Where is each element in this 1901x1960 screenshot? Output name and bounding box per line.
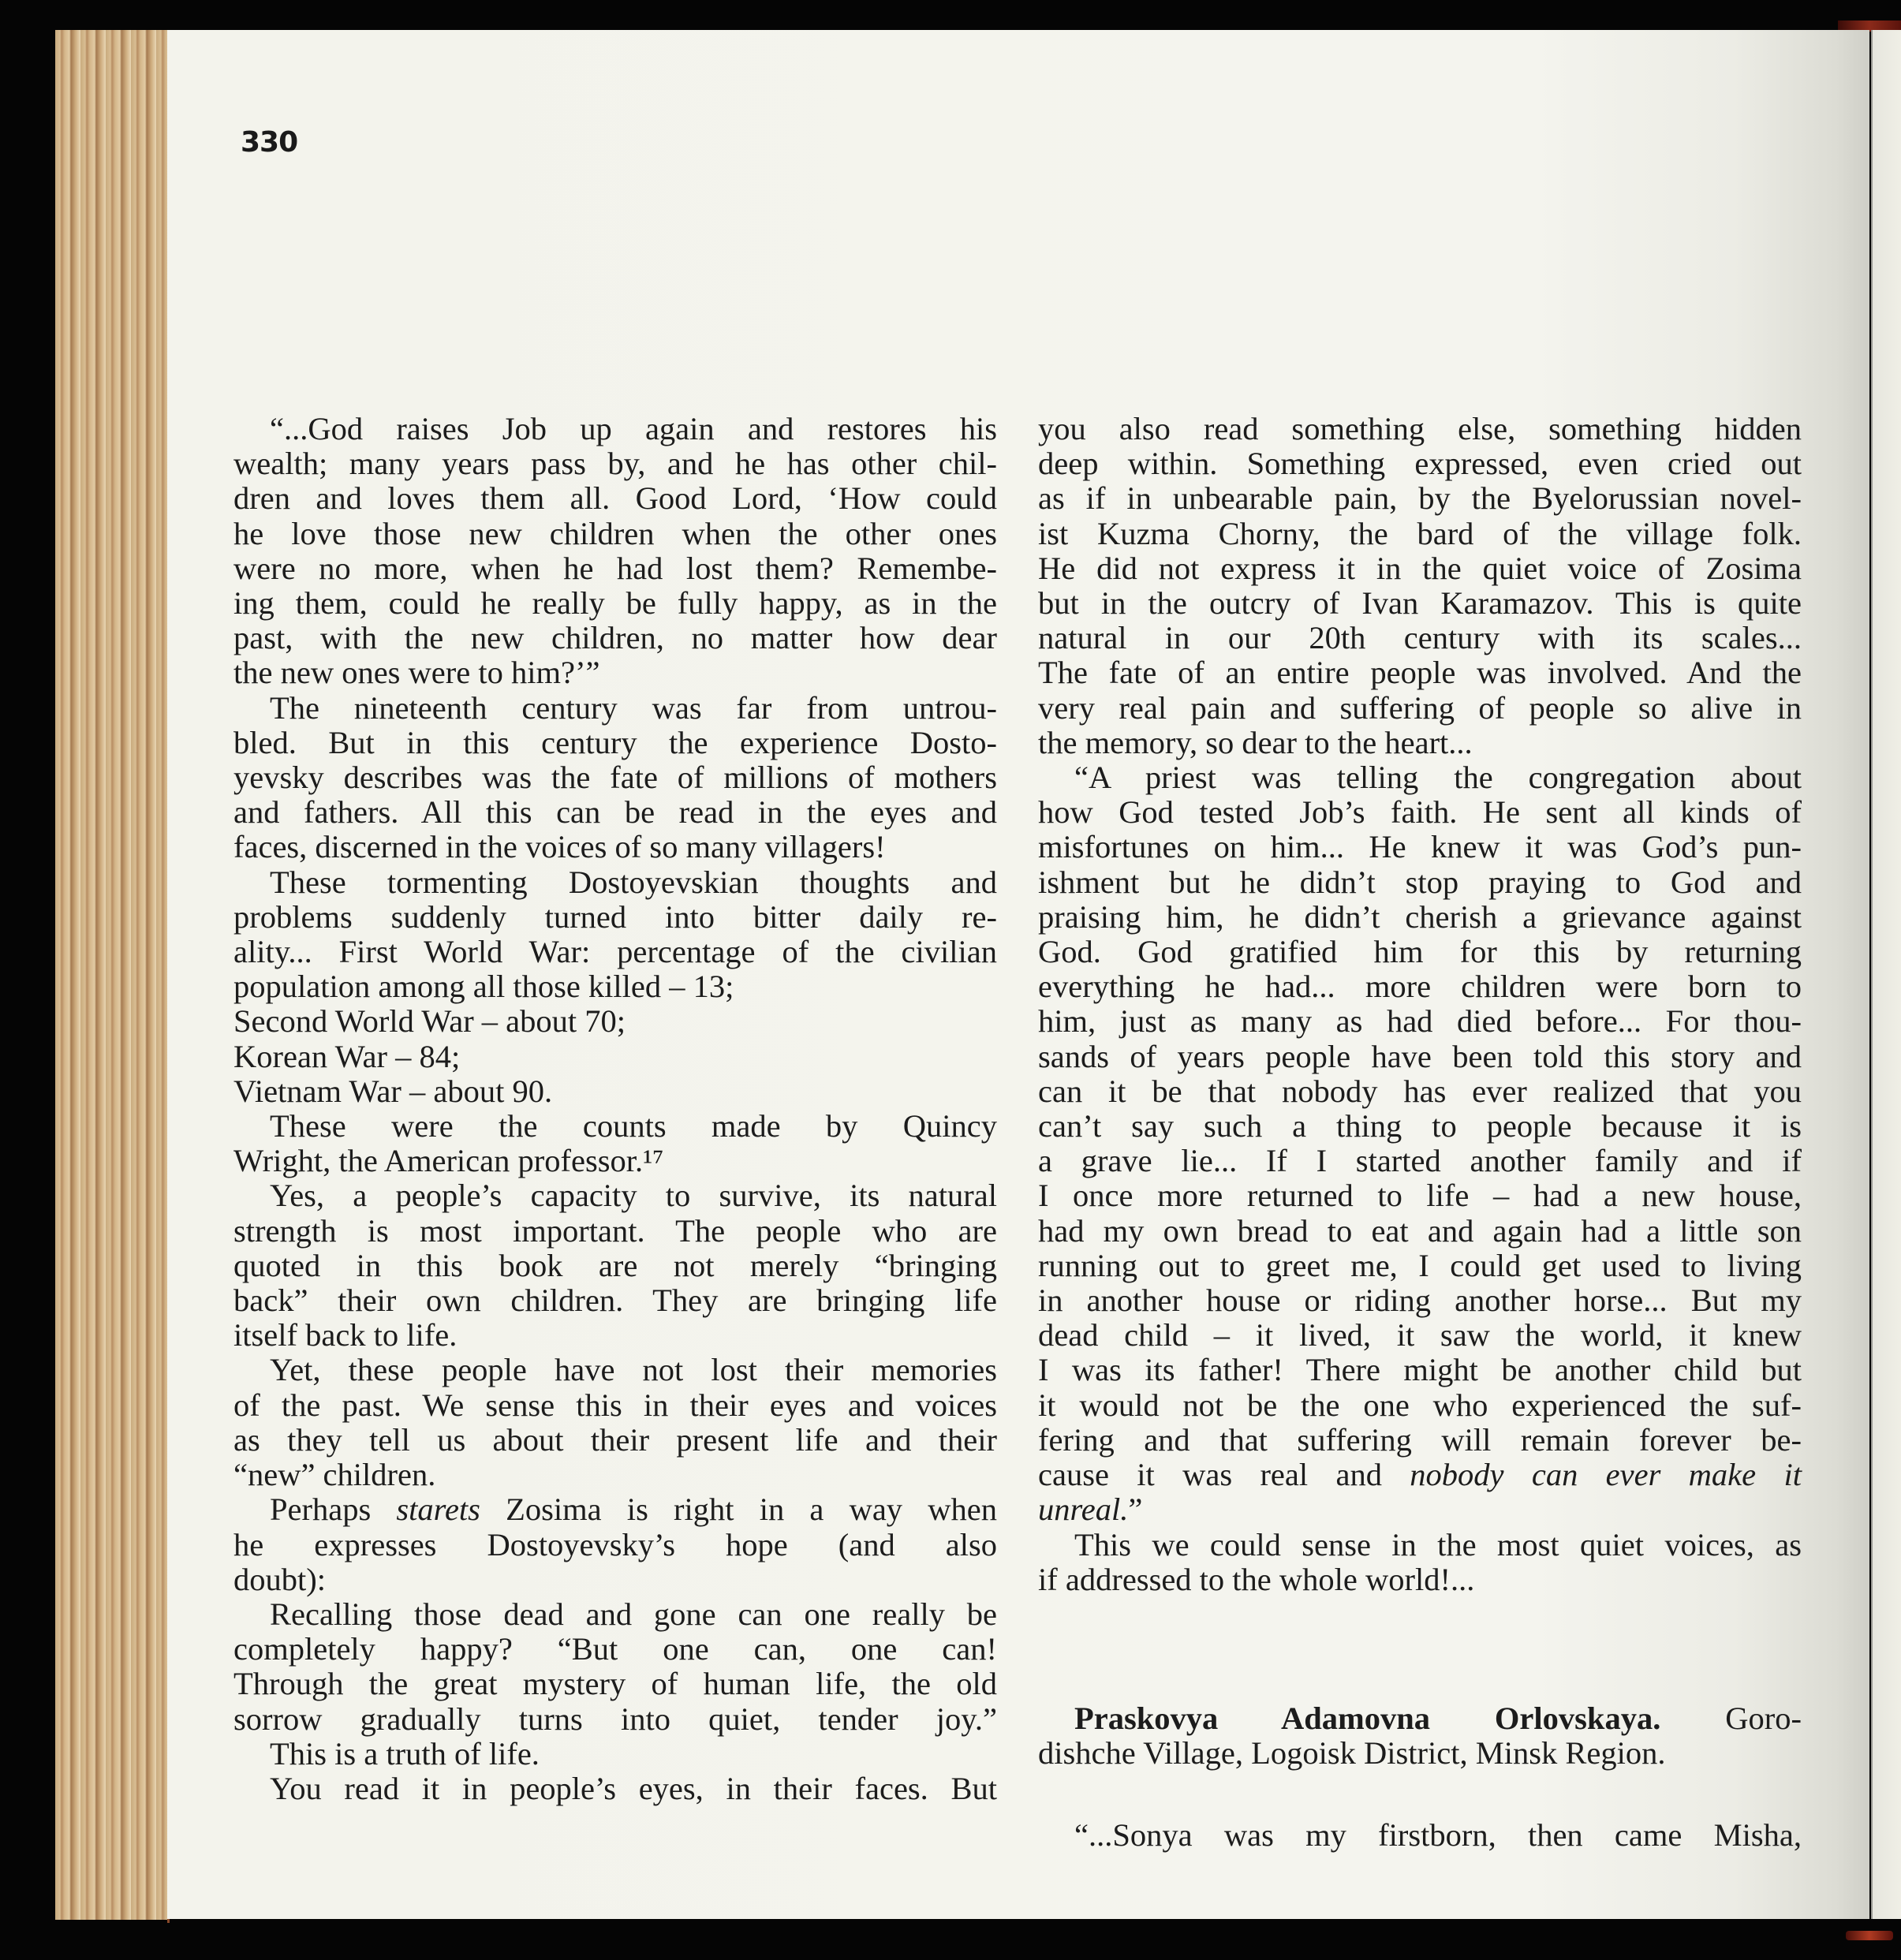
- place-part1: Goro-: [1660, 1701, 1802, 1736]
- text-line: a grave lie... If I started another fami…: [1038, 1144, 1802, 1178]
- text-line: can’t say such a thing to people because…: [1038, 1109, 1802, 1144]
- text-line: sands of years people have been told thi…: [1038, 1040, 1802, 1074]
- text-line: ing them, could he really be fully happy…: [233, 586, 997, 621]
- text-line: ishment but he didn’t stop praying to Go…: [1038, 865, 1802, 900]
- text-line: were no more, when he had lost them? Rem…: [233, 551, 997, 586]
- text-line: how God tested Job’s faith. He sent all …: [1038, 795, 1802, 830]
- italic-term: starets: [396, 1491, 480, 1527]
- text-line: if addressed to the whole world!...: [1038, 1562, 1802, 1597]
- italic-emphasis: unreal.: [1038, 1491, 1128, 1527]
- text-line: can it be that nobody has ever realized …: [1038, 1074, 1802, 1109]
- text-line: I was its father! There might be another…: [1038, 1353, 1802, 1387]
- text-line: Wright, the American professor.¹⁷: [233, 1144, 997, 1178]
- text-line: strength is most important. The people w…: [233, 1214, 997, 1249]
- facing-page-edge: [1871, 30, 1901, 1919]
- text-line: wealth; many years pass by, and he has o…: [233, 446, 997, 481]
- text-line: very real pain and suffering of people s…: [1038, 691, 1802, 726]
- quote-start: “...Sonya was my firstborn, then came Mi…: [1038, 1818, 1802, 1853]
- text-line: he expresses Dostoyevsky’s hope (and als…: [233, 1528, 997, 1562]
- text-line: ist Kuzma Chorny, the bard of the villag…: [1038, 517, 1802, 551]
- text-line: fering and that suffering will remain fo…: [1038, 1423, 1802, 1458]
- heading-gap: [1038, 1771, 1802, 1818]
- text-line: This is a truth of life.: [233, 1737, 997, 1771]
- text-line: God. God gratified him for this by retur…: [1038, 935, 1802, 969]
- text-line: he love those new children when the othe…: [233, 517, 997, 551]
- left-column: “...God raises Job up again and restores…: [233, 412, 997, 1806]
- text-line: had my own bread to eat and again had a …: [1038, 1214, 1802, 1249]
- interviewee-heading-line1: Praskovya Adamovna Orlovskaya. Goro-: [1038, 1701, 1802, 1736]
- text-line: as they tell us about their present life…: [233, 1423, 997, 1458]
- text-line: unreal.”: [1038, 1492, 1802, 1527]
- text-line: him, just as many as had died before... …: [1038, 1004, 1802, 1039]
- section-gap: [1038, 1597, 1802, 1701]
- text-line: and fathers. All this can be read in the…: [233, 795, 997, 830]
- italic-emphasis: nobody can ever make it: [1410, 1457, 1802, 1492]
- text-line: faces, discerned in the voices of so man…: [233, 830, 997, 864]
- text-line: “A priest was telling the congregation a…: [1038, 760, 1802, 795]
- text-line: natural in our 20th century with its sca…: [1038, 621, 1802, 655]
- text-line: These were the counts made by Quincy: [233, 1109, 997, 1144]
- text-line: deep within. Something expressed, even c…: [1038, 446, 1802, 481]
- text-line: The fate of an entire people was involve…: [1038, 655, 1802, 690]
- text-line: Through the great mystery of human life,…: [233, 1667, 997, 1701]
- text-line: as if in unbearable pain, by the Byeloru…: [1038, 481, 1802, 516]
- text-line: sorrow gradually turns into quiet, tende…: [233, 1702, 997, 1737]
- text-line: quoted in this book are not merely “brin…: [233, 1249, 997, 1283]
- text-line: population among all those killed – 13;: [233, 969, 997, 1004]
- right-column: you also read something else, something …: [1038, 412, 1802, 1854]
- text-line: Yes, a people’s capacity to survive, its…: [233, 1178, 997, 1213]
- text-line: but in the outcry of Ivan Karamazov. Thi…: [1038, 586, 1802, 621]
- text-line: problems suddenly turned into bitter dai…: [233, 900, 997, 935]
- text-line: This we could sense in the most quiet vo…: [1038, 1528, 1802, 1562]
- text-line: the new ones were to him?’”: [233, 655, 997, 690]
- text-line: of the past. We sense this in their eyes…: [233, 1388, 997, 1423]
- text-line: The nineteenth century was far from untr…: [233, 691, 997, 726]
- interviewee-heading-line2: dishche Village, Logoisk District, Minsk…: [1038, 1736, 1802, 1771]
- text-line: ality... First World War: percentage of …: [233, 935, 997, 969]
- text-line: everything he had... more children were …: [1038, 969, 1802, 1004]
- text-line: misfortunes on him... He knew it was God…: [1038, 830, 1802, 864]
- text-line: itself back to life.: [233, 1318, 997, 1353]
- text-line: yevsky describes was the fate of million…: [233, 760, 997, 795]
- right-column-body: you also read something else, something …: [1038, 412, 1802, 1597]
- text-line: past, with the new children, no matter h…: [233, 621, 997, 655]
- page-number: 330: [241, 126, 297, 159]
- text-line: These tormenting Dostoyevskian thoughts …: [233, 865, 997, 900]
- text-line: Yet, these people have not lost their me…: [233, 1353, 997, 1387]
- interviewee-name: Praskovya Adamovna Orlovskaya.: [1074, 1701, 1660, 1736]
- text-line: completely happy? “But one can, one can!: [233, 1632, 997, 1667]
- page-edges-stack: [55, 30, 170, 1923]
- text-line: bled. But in this century the experience…: [233, 726, 997, 760]
- text-line: “...God raises Job up again and restores…: [233, 412, 997, 446]
- text-line: it would not be the one who experienced …: [1038, 1388, 1802, 1423]
- text-line: you also read something else, something …: [1038, 412, 1802, 446]
- text-line: Recalling those dead and gone can one re…: [233, 1597, 997, 1632]
- text-line: Korean War – 84;: [233, 1040, 997, 1074]
- text-line: back” their own children. They are bring…: [233, 1283, 997, 1318]
- text-line: “new” children.: [233, 1458, 997, 1492]
- binding-bottom: [1846, 1931, 1893, 1940]
- text-line: praising him, he didn’t cherish a grieva…: [1038, 900, 1802, 935]
- text-line: the memory, so dear to the heart...: [1038, 726, 1802, 760]
- text-line: doubt):: [233, 1562, 997, 1597]
- text-line: Second World War – about 70;: [233, 1004, 997, 1039]
- text-line: Perhaps starets Zosima is right in a way…: [233, 1492, 997, 1527]
- text-line: cause it was real and nobody can ever ma…: [1038, 1458, 1802, 1492]
- text-line: You read it in people’s eyes, in their f…: [233, 1771, 997, 1806]
- text-line: dren and loves them all. Good Lord, ‘How…: [233, 481, 997, 516]
- text-line: dead child – it lived, it saw the world,…: [1038, 1318, 1802, 1353]
- text-line: running out to greet me, I could get use…: [1038, 1249, 1802, 1283]
- text-line: in another house or riding another horse…: [1038, 1283, 1802, 1318]
- text-line: I once more returned to life – had a new…: [1038, 1178, 1802, 1213]
- text-line: He did not express it in the quiet voice…: [1038, 551, 1802, 586]
- text-line: Vietnam War – about 90.: [233, 1074, 997, 1109]
